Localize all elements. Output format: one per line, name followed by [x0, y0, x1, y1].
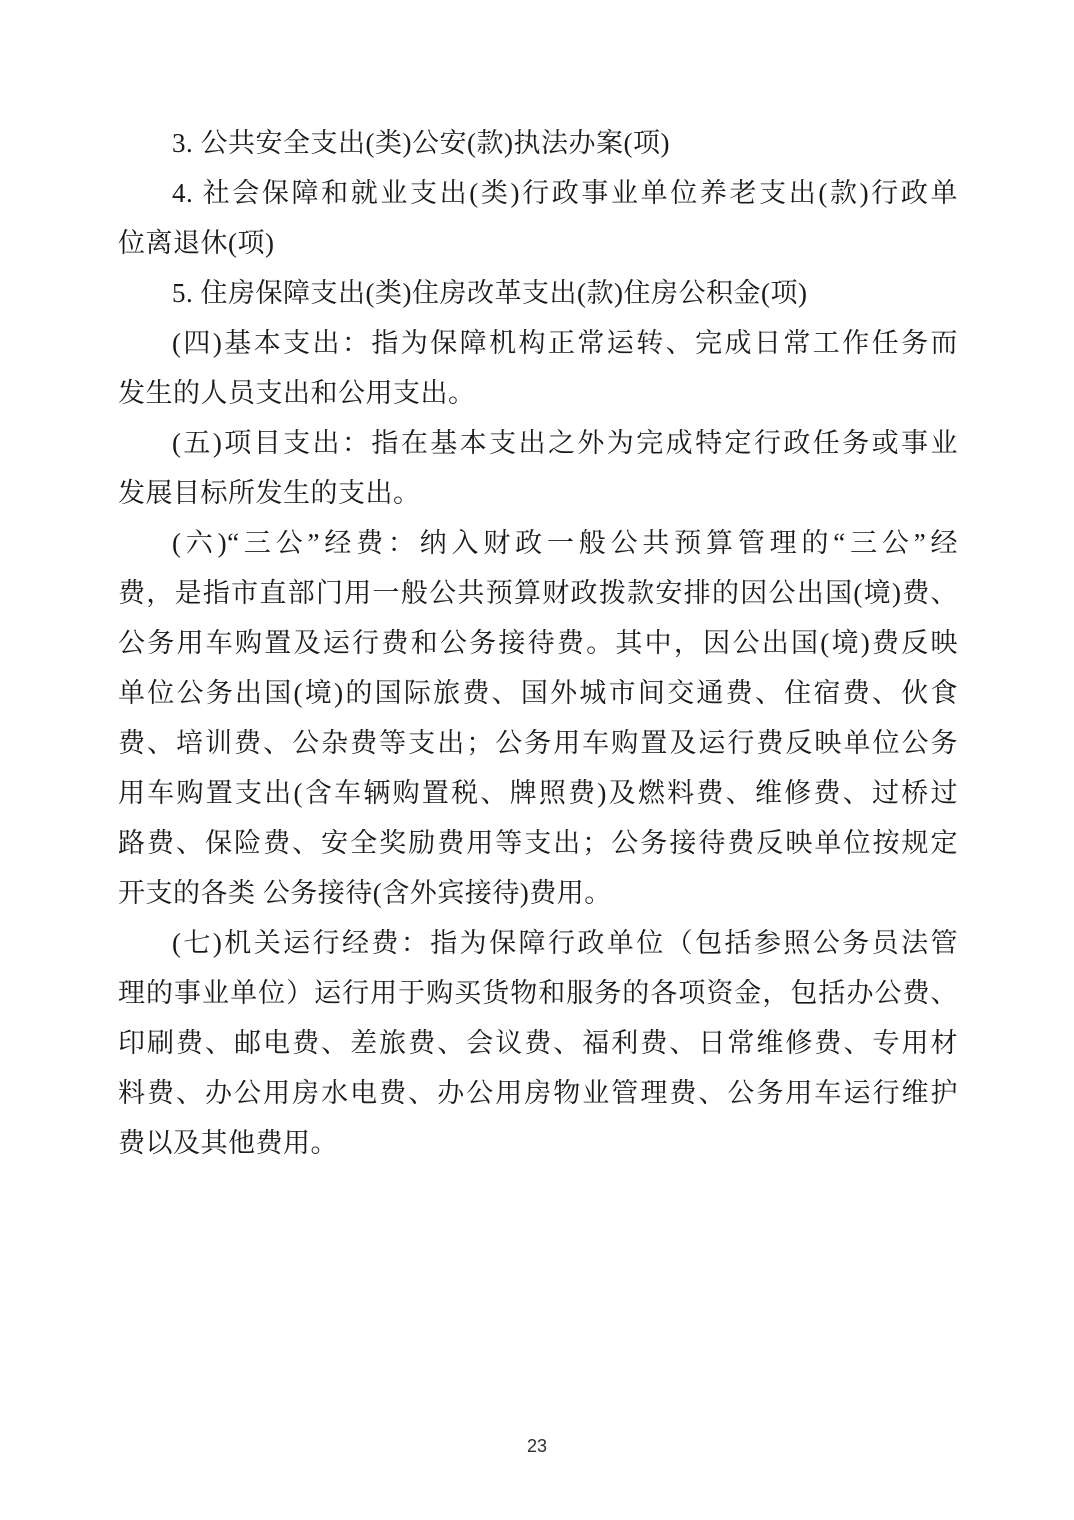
- document-line: 4. 社会保障和就业支出(类)行政事业单位养老支出(款)行政单: [118, 168, 958, 218]
- document-page: 3. 公共安全支出(类)公安(款)执法办案(项) 4. 社会保障和就业支出(类)…: [0, 0, 1074, 1520]
- document-line: 位离退休(项): [118, 218, 958, 268]
- document-line: 理的事业单位）运行用于购买货物和服务的各项资金，包括办公费、: [118, 968, 958, 1018]
- document-line: 路费、保险费、安全奖励费用等支出；公务接待费反映单位按规定: [118, 818, 958, 868]
- document-line: 5. 住房保障支出(类)住房改革支出(款)住房公积金(项): [118, 268, 958, 318]
- document-line: (六)“三公”经费：纳入财政一般公共预算管理的“三公”经: [118, 518, 958, 568]
- document-line: 发生的人员支出和公用支出。: [118, 368, 958, 418]
- document-line: (四)基本支出：指为保障机构正常运转、完成日常工作任务而: [118, 318, 958, 368]
- document-line: 费以及其他费用。: [118, 1118, 958, 1168]
- document-body: 3. 公共安全支出(类)公安(款)执法办案(项) 4. 社会保障和就业支出(类)…: [118, 118, 958, 1168]
- document-line: 费、培训费、公杂费等支出；公务用车购置及运行费反映单位公务: [118, 718, 958, 768]
- document-line: 单位公务出国(境)的国际旅费、国外城市间交通费、住宿费、伙食: [118, 668, 958, 718]
- document-line: 发展目标所发生的支出。: [118, 468, 958, 518]
- document-line: 3. 公共安全支出(类)公安(款)执法办案(项): [118, 118, 958, 168]
- document-line: 用车购置支出(含车辆购置税、牌照费)及燃料费、维修费、过桥过: [118, 768, 958, 818]
- document-line: 料费、办公用房水电费、办公用房物业管理费、公务用车运行维护: [118, 1068, 958, 1118]
- page-number: 23: [0, 1433, 1074, 1459]
- document-line: 公务用车购置及运行费和公务接待费。其中，因公出国(境)费反映: [118, 618, 958, 668]
- document-line: 开支的各类 公务接待(含外宾接待)费用。: [118, 868, 958, 918]
- document-line: 印刷费、邮电费、差旅费、会议费、福利费、日常维修费、专用材: [118, 1018, 958, 1068]
- document-line: 费，是指市直部门用一般公共预算财政拨款安排的因公出国(境)费、: [118, 568, 958, 618]
- document-line: (七)机关运行经费：指为保障行政单位（包括参照公务员法管: [118, 918, 958, 968]
- document-line: (五)项目支出：指在基本支出之外为完成特定行政任务或事业: [118, 418, 958, 468]
